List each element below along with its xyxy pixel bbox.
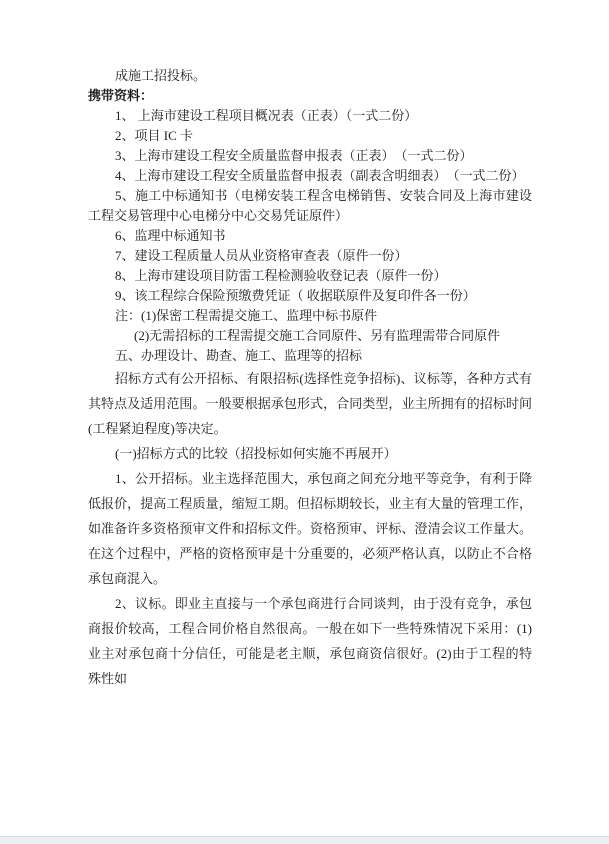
carry-item-2: 2、项目 IC 卡 <box>88 126 532 146</box>
carry-item-8: 8、上海市建设项目防雷工程检测验收登记表（原件一份） <box>88 266 532 286</box>
carry-item-3: 3、上海市建设工程安全质量监督申报表（正表） （一式二份） <box>88 146 532 166</box>
carry-materials-heading: 携带资料： <box>88 86 532 106</box>
note-line-1: 注：(1)保密工程需提交施工、监理中标书原件 <box>88 306 532 326</box>
paragraph-tender-methods: 招标方式有公开招标、有限招标(选择性竞争招标)、议标等，各种方式有其特点及适用范… <box>88 366 532 441</box>
section-heading-five: 五、办理设计、勘查、施工、监理等的招标 <box>88 346 532 366</box>
document-page: 成施工招投标。 携带资料： 1、 上海市建设工程项目概况表（正表）（一式二份） … <box>0 0 609 844</box>
note-line-2: (2)无需招标的工程需提交施工合同原件、另有监理需带合同原件 <box>88 326 532 346</box>
carry-item-5: 5、施工中标通知书（电梯安装工程含电梯销售、安装合同及上海市建设工程交易管理中心… <box>88 186 532 226</box>
paragraph-negotiated-tender: 2、议标。即业主直接与一个承包商进行合同谈判，由于没有竞争，承包商报价较高，工程… <box>88 591 532 691</box>
paragraph-open-tender: 1、公开招标。业主选择范围大，承包商之间充分地平等竞争，有利于降低报价，提高工程… <box>88 466 532 591</box>
carry-item-9: 9、该工程综合保险预缴费凭证（ 收据联原件及复印件各一份） <box>88 286 532 306</box>
carry-item-7: 7、建设工程质量人员从业资格审查表（原件一份） <box>88 246 532 266</box>
page-bottom-edge <box>0 836 609 844</box>
paragraph-comparison-subheading: (一)招标方式的比较（招投标如何实施不再展开） <box>88 441 532 466</box>
carry-item-6: 6、监理中标通知书 <box>88 226 532 246</box>
carry-item-1: 1、 上海市建设工程项目概况表（正表）（一式二份） <box>88 106 532 126</box>
carry-item-4: 4、上海市建设工程安全质量监督申报表（副表含明细表） （一式二份） <box>88 166 532 186</box>
intro-line: 成施工招投标。 <box>88 66 532 86</box>
page-content: 成施工招投标。 携带资料： 1、 上海市建设工程项目概况表（正表）（一式二份） … <box>88 66 532 691</box>
